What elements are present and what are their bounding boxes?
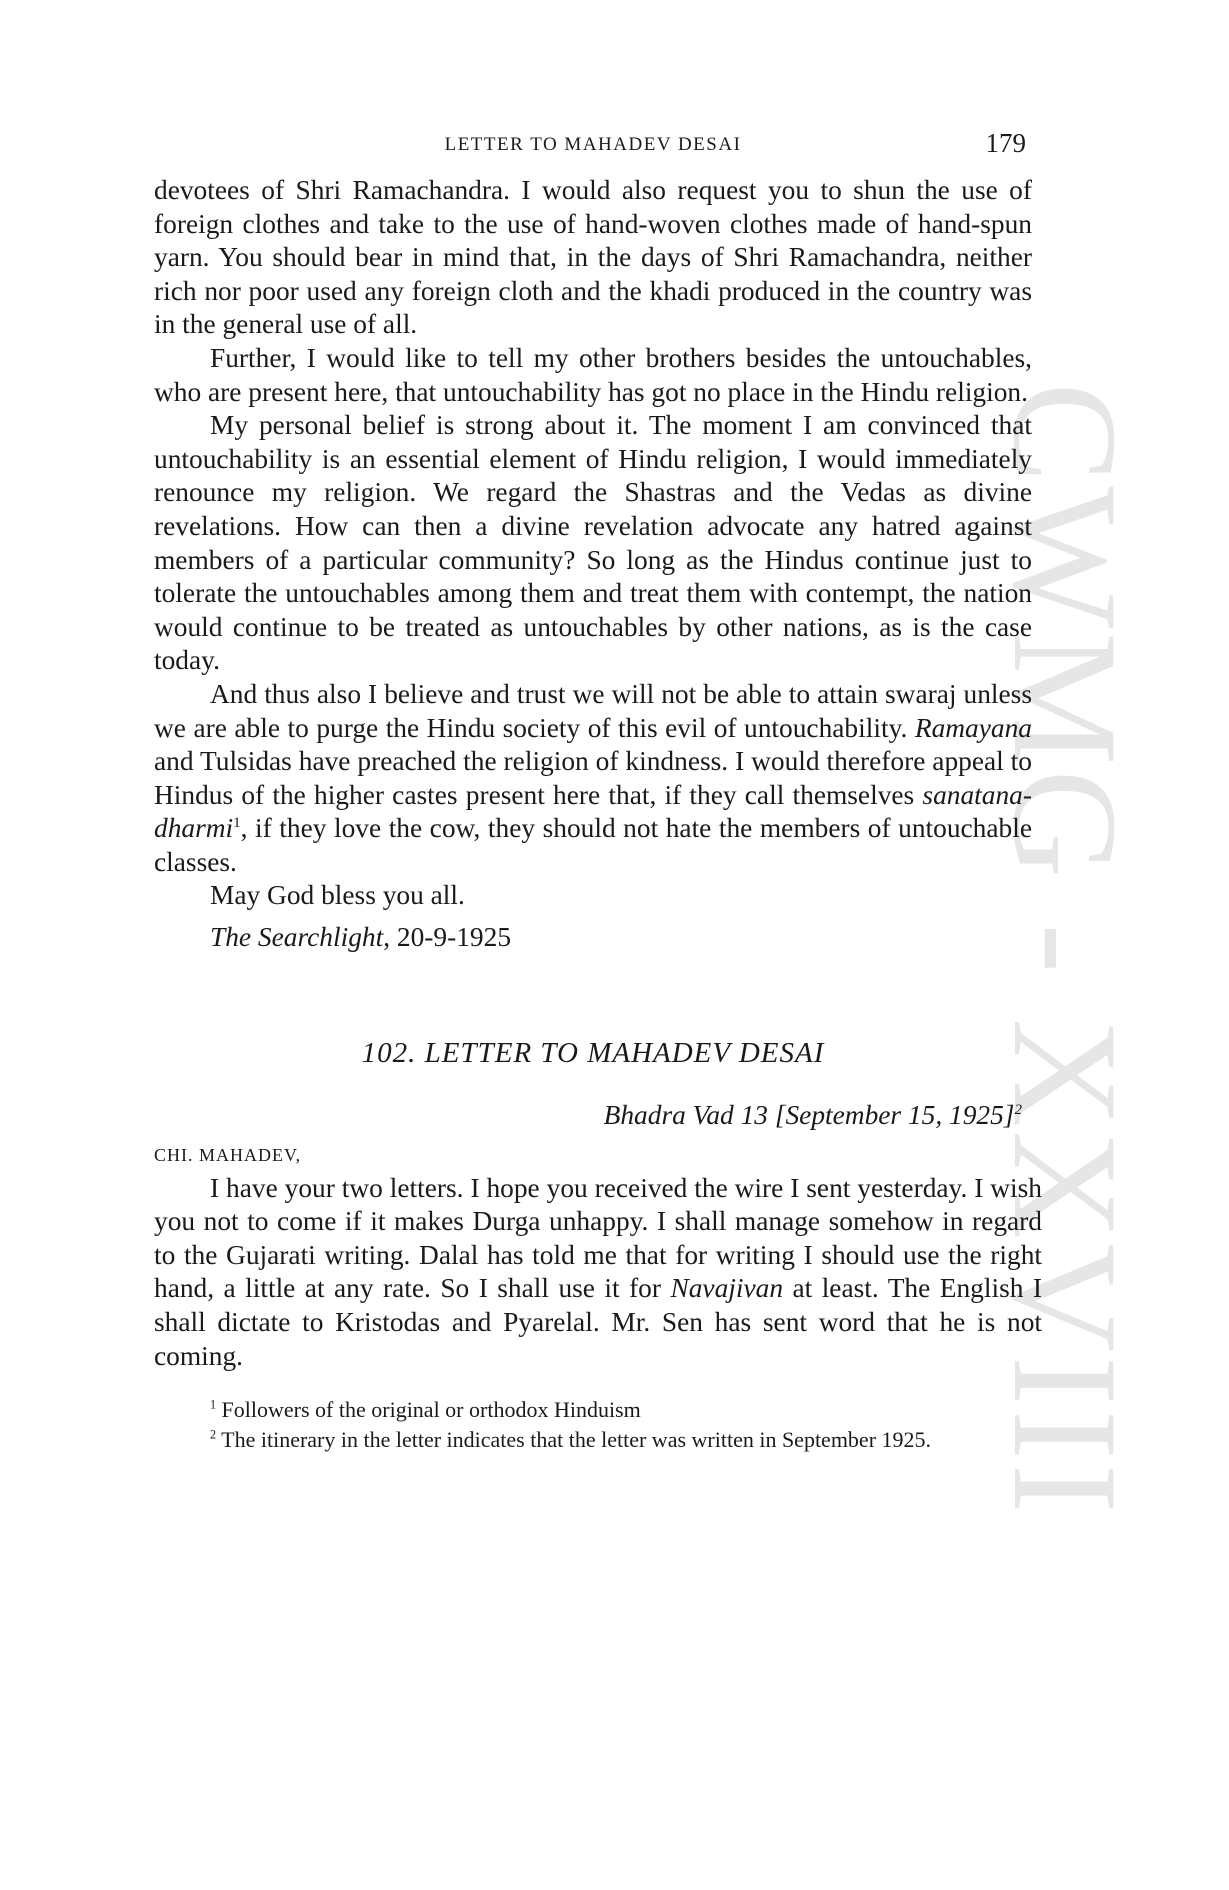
text-run: and Tulsidas have preached the religion … — [154, 746, 1032, 810]
italic-text: Ramayana — [915, 713, 1032, 743]
page-number: 179 — [986, 128, 1027, 159]
source-citation: The Searchlight, 20-9-1925 — [210, 921, 1032, 955]
salutation: CHI. MAHADEV, — [154, 1145, 1032, 1166]
speech-paragraph: Further, I would like to tell my other b… — [154, 342, 1032, 409]
source-date: , 20-9-1925 — [383, 922, 511, 952]
document-page: LETTER TO MAHADEV DESAI 179 devotees of … — [154, 128, 1032, 1455]
source-title: The Searchlight — [210, 922, 383, 952]
speech-body: devotees of Shri Ramachandra. I would al… — [154, 174, 1032, 913]
closing-line: May God bless you all. — [154, 879, 1032, 913]
running-header: LETTER TO MAHADEV DESAI 179 — [154, 128, 1032, 160]
letter-paragraph: I have your two letters. I hope you rece… — [154, 1172, 1042, 1374]
running-title: LETTER TO MAHADEV DESAI — [154, 134, 1032, 156]
footnote-text: Followers of the original or orthodox Hi… — [216, 1397, 641, 1422]
footnote: 2 The itinerary in the letter indicates … — [154, 1425, 1042, 1455]
letter-body: I have your two letters. I hope you rece… — [154, 1172, 1042, 1374]
footnote-ref[interactable]: 2 — [1014, 1102, 1022, 1118]
italic-text: Navajivan — [670, 1273, 783, 1303]
speech-paragraph: And thus also I believe and trust we wil… — [154, 678, 1032, 880]
footnote-ref[interactable]: 1 — [233, 815, 241, 831]
text-run: And thus also I believe and trust we wil… — [154, 679, 1032, 743]
speech-paragraph: My personal belief is strong about it. T… — [154, 409, 1032, 678]
dateline-text: Bhadra Vad 13 [September 15, 1925] — [604, 1100, 1015, 1130]
text-run: , if they love the cow, they should not … — [154, 813, 1032, 877]
footnote: 1 Followers of the original or orthodox … — [154, 1395, 1042, 1425]
dateline: Bhadra Vad 13 [September 15, 1925]2 — [154, 1100, 1032, 1131]
footnote-text: The itinerary in the letter indicates th… — [216, 1427, 931, 1452]
speech-paragraph: devotees of Shri Ramachandra. I would al… — [154, 174, 1032, 342]
footnotes: 1 Followers of the original or orthodox … — [154, 1395, 1042, 1455]
section-title: 102. LETTER TO MAHADEV DESAI — [154, 1037, 1032, 1070]
